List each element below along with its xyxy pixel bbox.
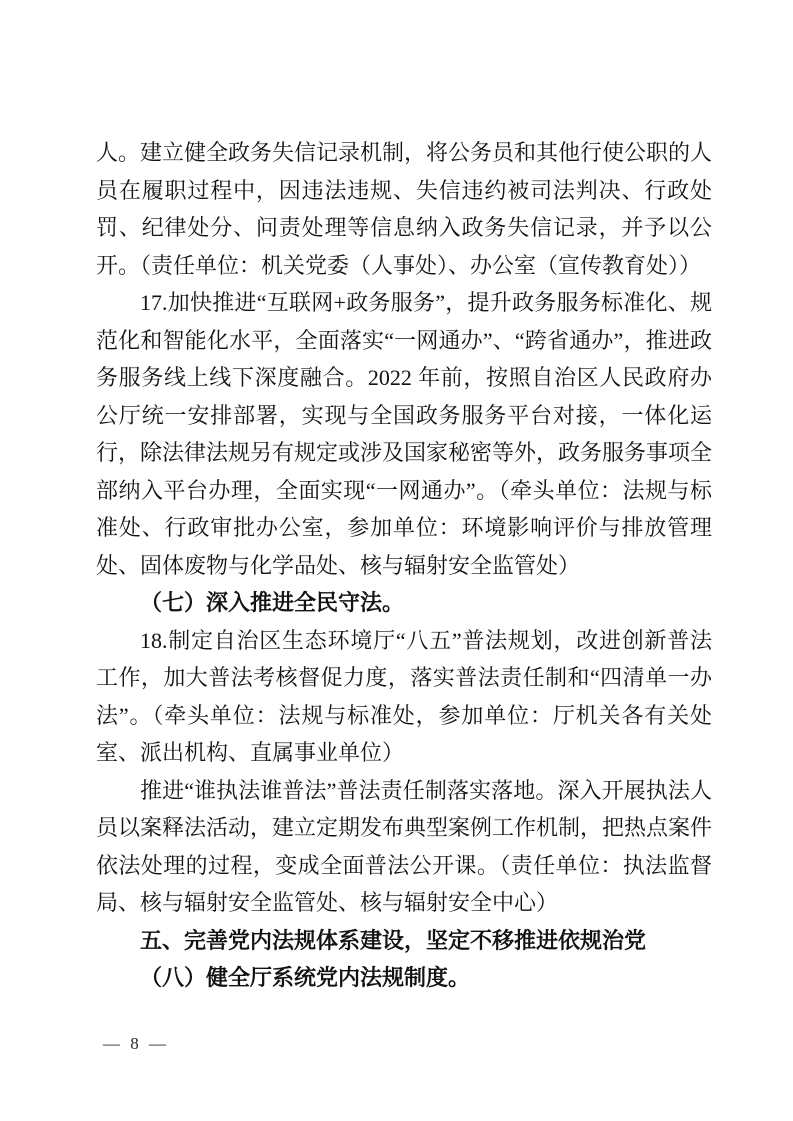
- section-heading-eight: （八）健全厅系统党内法规制度。: [96, 959, 712, 997]
- section-heading-five: 五、完善党内法规体系建设，坚定不移推进依规治党: [96, 922, 712, 960]
- document-body: 人。建立健全政务失信记录机制，将公务员和其他行使公职的人员在履职过程中，因违法违…: [96, 134, 712, 997]
- paragraph-item-17: 17.加快推进“互联网+政务服务”，提升政务服务标准化、规范化和智能化水平，全面…: [96, 284, 712, 584]
- document-page: 人。建立健全政务失信记录机制，将公务员和其他行使公职的人员在履职过程中，因违法违…: [0, 0, 793, 1121]
- page-number: — 8 —: [103, 1032, 169, 1056]
- section-heading-seven: （七）深入推进全民守法。: [96, 584, 712, 622]
- paragraph-continuation: 人。建立健全政务失信记录机制，将公务员和其他行使公职的人员在履职过程中，因违法违…: [96, 134, 712, 284]
- paragraph-pufa-responsibility: 推进“谁执法谁普法”普法责任制落实落地。深入开展执法人员以案释法活动，建立定期发…: [96, 772, 712, 922]
- paragraph-item-18: 18.制定自治区生态环境厅“八五”普法规划，改进创新普法工作，加大普法考核督促力…: [96, 622, 712, 772]
